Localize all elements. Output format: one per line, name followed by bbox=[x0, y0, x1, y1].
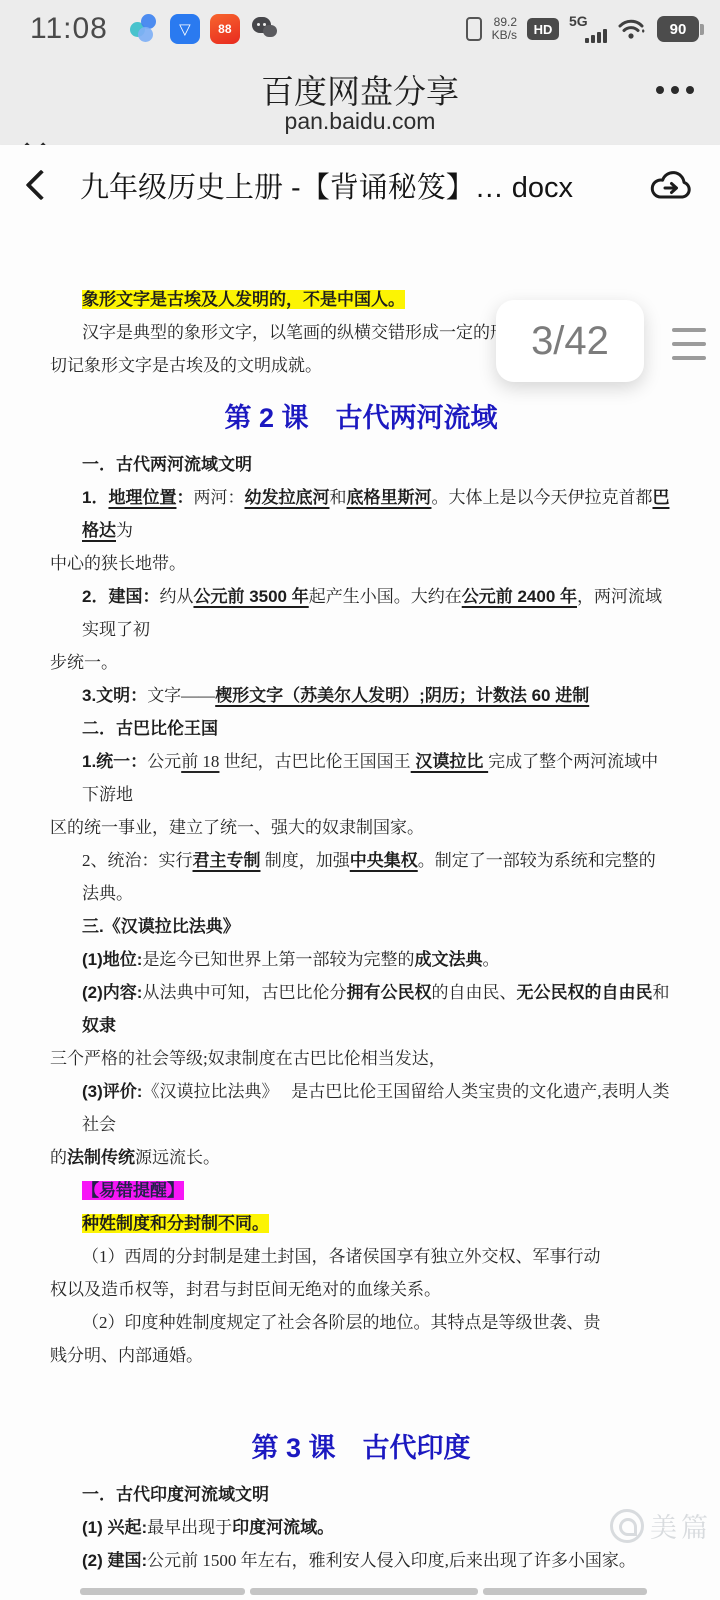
text-run: 《汉谟拉比法典》 是古巴比伦王国留给人类宝贵的文化遗产,表明人类社会 bbox=[82, 1082, 669, 1134]
text-run: (2)内容: bbox=[82, 983, 142, 1002]
doc-line: (1) 兴起:最早出现于印度河流域。 bbox=[50, 1511, 672, 1544]
text-run: 象形文字是古埃及人发明的，不是中国人。 bbox=[82, 290, 405, 309]
doc-line: 2、统治：实行君主专制 制度，加强中央集权。制定了一部较为系统和完整的法典。 bbox=[50, 844, 672, 910]
text-run: 前 18 bbox=[181, 752, 219, 771]
text-run: （1）西周的分封制是建土封国，各诸侯国享有独立外交权、军事行动 bbox=[82, 1247, 601, 1266]
doc-line: 步统一。 bbox=[50, 646, 672, 679]
nav-recents-button[interactable] bbox=[80, 1588, 245, 1595]
doc-line: （1）西周的分封制是建土封国，各诸侯国享有独立外交权、军事行动 bbox=[50, 1240, 672, 1273]
text-run: (2) 建国: bbox=[82, 1551, 147, 1570]
text-run: 公元前 3500 年 bbox=[193, 587, 308, 606]
doc-line: 的法制传统源远流长。 bbox=[50, 1141, 672, 1174]
text-run: 公元 bbox=[147, 752, 181, 771]
watermark-text: 美篇 bbox=[650, 1506, 712, 1545]
text-run: 三个严格的社会等级;奴隶制度在古巴比伦相当发达， bbox=[50, 1049, 446, 1068]
text-run: （2）印度种姓制度规定了社会各阶层的地位。其特点是等级世袭、贵 bbox=[82, 1313, 601, 1332]
save-to-cloud-icon[interactable] bbox=[648, 167, 694, 203]
text-run: 楔形文字（苏美尔人发明）;阴历；计数法 60 进制 bbox=[215, 686, 589, 705]
text-run: 拥有公民权 bbox=[346, 983, 431, 1002]
text-run: 汉字是典型的象形文字，以笔画的纵横交错形成一定的形态 bbox=[82, 323, 524, 342]
doc-line: (1)地位:是迄今已知世界上第一部较为完整的成文法典。 bbox=[50, 943, 672, 976]
document-page[interactable]: 象形文字是古埃及人发明的，不是中国人。汉字是典型的象形文字，以笔画的纵横交错形成… bbox=[0, 225, 720, 1545]
network-speed: 89.2 KB/s bbox=[492, 16, 517, 42]
text-run: 种姓制度和分封制不同。 bbox=[82, 1214, 269, 1233]
text-run: (1)地位: bbox=[82, 950, 142, 969]
nav-back-button[interactable] bbox=[483, 1588, 647, 1595]
text-run: 权以及造币权等，封君与封臣间无绝对的血缘关系。 bbox=[50, 1280, 441, 1299]
text-run: 无公民权的自由民 bbox=[516, 983, 652, 1002]
text-run: 的 bbox=[50, 1148, 67, 1167]
doc-header: 九年级历史上册 -【背诵秘笈】… docx bbox=[0, 145, 720, 225]
text-run: 中心的狭长地带。 bbox=[50, 554, 186, 573]
doc-line: (2) 建国:公元前 1500 年左右，雅利安人侵入印度,后来出现了许多小国家。 bbox=[50, 1544, 672, 1577]
text-run: 制度，加强 bbox=[261, 851, 350, 870]
doc-section-title: 第 3 课 古代印度 bbox=[50, 1428, 672, 1468]
text-run: 2．建国： bbox=[82, 587, 159, 606]
clock: 11:08 bbox=[30, 12, 108, 46]
doc-line: 区的统一事业，建立了统一、强大的奴隶制国家。 bbox=[50, 811, 672, 844]
doc-line: 1.统一：公元前 18 世纪，古巴比伦王国国王 汉谟拉比 完成了整个两河流域中下… bbox=[50, 745, 672, 811]
doc-line: 二．古巴比伦王国 bbox=[50, 712, 672, 745]
battery-icon: 90 bbox=[657, 16, 704, 42]
text-run: 第 2 课 古代两河流域 bbox=[224, 403, 497, 433]
text-run: 。 bbox=[482, 950, 499, 969]
text-run: 约从 bbox=[159, 587, 193, 606]
text-run: 最早出现于 bbox=[147, 1518, 232, 1537]
hd-volte-icon: HD bbox=[527, 18, 559, 40]
text-run: 2、统治：实行 bbox=[82, 851, 193, 870]
text-run: 区的统一事业，建立了统一、强大的奴隶制国家。 bbox=[50, 818, 424, 837]
doc-line: 一．古代印度河流域文明 bbox=[50, 1478, 672, 1511]
doc-line: 2．建国：约从公元前 3500 年起产生小国。大约在公元前 2400 年，两河流… bbox=[50, 580, 672, 646]
text-run: 文字—— bbox=[147, 686, 215, 705]
text-run: 为 bbox=[116, 521, 133, 540]
doc-line: 三个严格的社会等级;奴隶制度在古巴比伦相当发达， bbox=[50, 1042, 672, 1075]
text-run: 公元前 1500 年左右，雅利安人侵入印度,后来出现了许多小国家。 bbox=[147, 1551, 636, 1570]
status-indicators: 89.2 KB/s HD 5G 90 bbox=[466, 15, 704, 43]
text-run: 一．古代印度河流域文明 bbox=[82, 1485, 269, 1504]
notification-icons: ▽ 88 bbox=[130, 14, 280, 44]
page-indicator[interactable]: 3/42 bbox=[496, 300, 644, 382]
text-run: 成文法典 bbox=[414, 950, 482, 969]
screen: 11:08 ▽ 88 89.2 KB/s HD 5G bbox=[0, 0, 720, 1600]
text-run: 步统一。 bbox=[50, 653, 118, 672]
text-run: 公元前 2400 年 bbox=[462, 587, 577, 606]
doc-line: 中心的狭长地带。 bbox=[50, 547, 672, 580]
doc-line: 一．古代两河流域文明 bbox=[50, 448, 672, 481]
text-run: 是迄今已知世界上第一部较为完整的 bbox=[142, 950, 414, 969]
cellular-signal-icon: 5G bbox=[569, 15, 607, 43]
text-run: 地理位置 bbox=[108, 488, 176, 507]
text-run: 第 3 课 古代印度 bbox=[251, 1433, 470, 1463]
text-run: 幼发拉底河 bbox=[244, 488, 329, 507]
text-run: 法制传统 bbox=[67, 1148, 135, 1167]
network-type-label: 5G bbox=[569, 13, 588, 29]
text-run: 和 bbox=[652, 983, 669, 1002]
share-domain: pan.baidu.com bbox=[0, 108, 720, 135]
netdisk-icon bbox=[130, 14, 160, 44]
text-run: 1． bbox=[82, 488, 108, 507]
vibrate-icon bbox=[466, 17, 482, 41]
doc-line: 贱分明、内部通婚。 bbox=[50, 1339, 672, 1372]
text-run: 底格里斯河 bbox=[346, 488, 431, 507]
text-run: 三.《汉谟拉比法典》 bbox=[82, 917, 240, 936]
doc-line: （2）印度种姓制度规定了社会各阶层的地位。其特点是等级世袭、贵 bbox=[50, 1306, 672, 1339]
text-run: 从法典中可知，古巴比伦分 bbox=[142, 983, 346, 1002]
doc-line: 【易错提醒】 bbox=[50, 1174, 672, 1207]
bottom-nav bbox=[0, 1588, 720, 1600]
text-run: 3.文明： bbox=[82, 686, 147, 705]
doc-line: 1．地理位置：两河：幼发拉底河和底格里斯河。大体上是以今天伊拉克首都巴格达为 bbox=[50, 481, 672, 547]
text-run: 两河： bbox=[193, 488, 244, 507]
text-run: 印度河流域。 bbox=[232, 1518, 334, 1537]
doc-line: 三.《汉谟拉比法典》 bbox=[50, 910, 672, 943]
status-bar: 11:08 ▽ 88 89.2 KB/s HD 5G bbox=[0, 0, 720, 58]
blue-app-icon: ▽ bbox=[170, 14, 200, 44]
wifi-icon bbox=[617, 17, 647, 41]
text-run: 中央集权 bbox=[350, 851, 418, 870]
text-run: 一．古代两河流域文明 bbox=[82, 455, 252, 474]
meipian-logo-icon bbox=[610, 1509, 644, 1543]
text-run: (1) 兴起: bbox=[82, 1518, 147, 1537]
text-run: 【易错提醒】 bbox=[82, 1181, 184, 1200]
doc-line: 3.文明：文字——楔形文字（苏美尔人发明）;阴历；计数法 60 进制 bbox=[50, 679, 672, 712]
text-run: 起产生小国。大约在 bbox=[309, 587, 462, 606]
text-run: ： bbox=[176, 488, 193, 507]
doc-section-title: 第 2 课 古代两河流域 bbox=[50, 398, 672, 438]
text-run: 君主专制 bbox=[193, 851, 261, 870]
nav-home-button[interactable] bbox=[250, 1588, 478, 1595]
red-app-icon: 88 bbox=[210, 14, 240, 44]
text-run: 切记象形文字是古埃及的文明成就。 bbox=[50, 356, 322, 375]
battery-level: 90 bbox=[657, 16, 699, 42]
speed-unit: KB/s bbox=[492, 29, 517, 42]
text-run: 。大体上是以今天伊拉克首都 bbox=[431, 488, 652, 507]
text-run: (3)评价: bbox=[82, 1082, 142, 1101]
doc-line: (2)内容:从法典中可知，古巴比伦分拥有公民权的自由民、无公民权的自由民和奴隶 bbox=[50, 976, 672, 1042]
text-run: 汉谟拉比 bbox=[411, 752, 488, 771]
text-run: 贱分明、内部通婚。 bbox=[50, 1346, 203, 1365]
text-run: 的自由民、 bbox=[431, 983, 516, 1002]
text-run: 和 bbox=[329, 488, 346, 507]
share-header: ✕ 百度网盘分享 pan.baidu.com bbox=[0, 58, 720, 145]
text-run: 二．古巴比伦王国 bbox=[82, 719, 218, 738]
text-run: 源远流长。 bbox=[135, 1148, 220, 1167]
text-run: 奴隶 bbox=[82, 1016, 116, 1035]
doc-filename: 九年级历史上册 -【背诵秘笈】… docx bbox=[80, 165, 573, 206]
doc-line: (3)评价:《汉谟拉比法典》 是古巴比伦王国留给人类宝贵的文化遗产,表明人类社会 bbox=[50, 1075, 672, 1141]
toc-menu-icon[interactable] bbox=[672, 328, 706, 360]
text-run: 1.统一： bbox=[82, 752, 147, 771]
watermark: 美篇 bbox=[610, 1506, 712, 1545]
doc-line: 权以及造币权等，封君与封臣间无绝对的血缘关系。 bbox=[50, 1273, 672, 1306]
back-icon[interactable] bbox=[25, 169, 56, 200]
doc-line: 种姓制度和分封制不同。 bbox=[50, 1207, 672, 1240]
more-menu-icon[interactable] bbox=[656, 86, 694, 94]
wechat-icon bbox=[250, 14, 280, 44]
text-run: 世纪，古巴比伦王国国王 bbox=[219, 752, 410, 771]
share-title: 百度网盘分享 bbox=[0, 66, 720, 113]
